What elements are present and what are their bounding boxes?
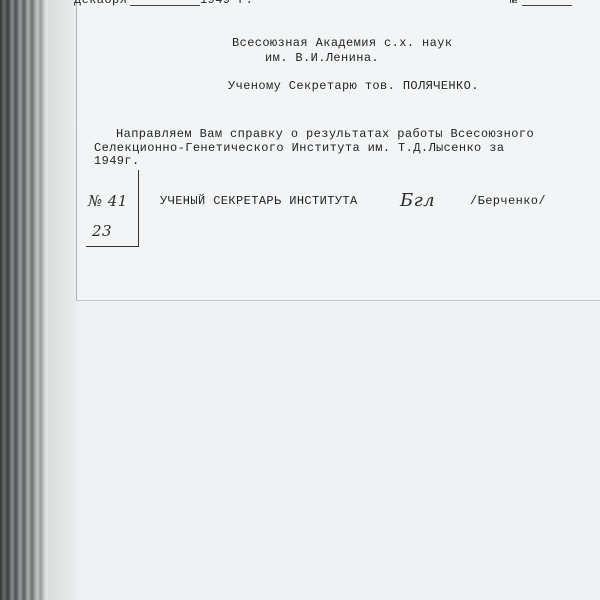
body-line-3: 1949г. [94,154,140,168]
signature-title: УЧЕНЫЙ СЕКРЕТАРЬ ИНСТИТУТА [160,194,358,208]
organization: Всесоюзная Академия с.х. наук [232,36,452,50]
organization-name: им. В.И.Ленина. [265,51,379,65]
number-underline [522,5,572,6]
recipient: Ученому Секретарю тов. ПОЛЯЧЕНКО. [228,79,479,93]
date-month: декабря [74,0,127,7]
date-underline [130,5,200,6]
stamp-date: 23 [92,222,112,240]
page-margin [48,0,78,600]
binding-edge [0,0,48,600]
stamp-number: № 41 [88,192,128,210]
body-line-1: Направляем Вам справку о результатах раб… [116,127,534,141]
signer-name: /Берченко/ [470,194,546,208]
date-year: 1949 г. [200,0,253,7]
body-line-2: Селекционно-Генетического Института им. … [94,141,504,155]
number-label: № [510,0,518,7]
signature-mark: Бгл [400,190,435,211]
